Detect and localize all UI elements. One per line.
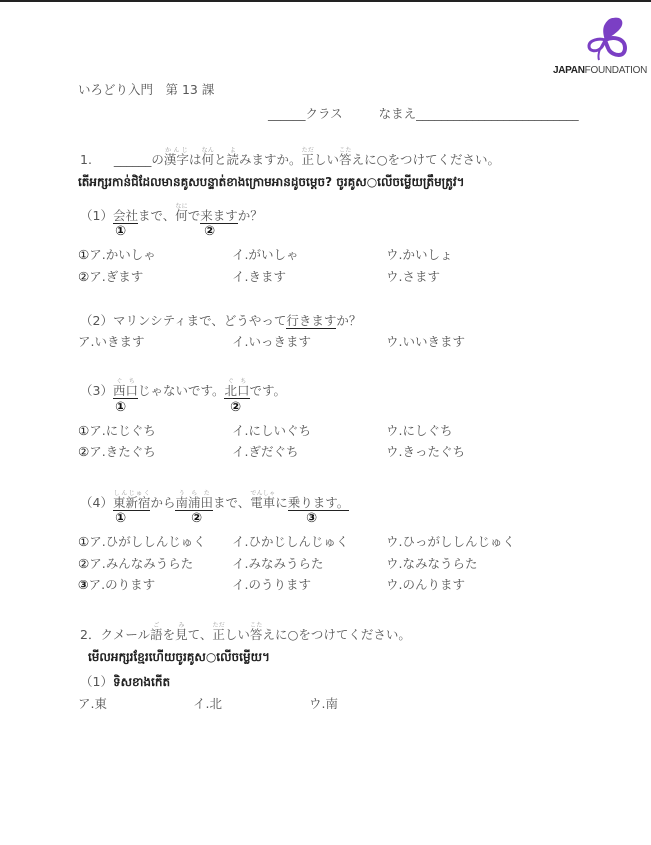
q1-row-2: ②ア.ぎます — [78, 267, 143, 285]
option[interactable]: イ.いっきます — [232, 332, 311, 350]
option[interactable]: ウ.のんります — [386, 575, 465, 593]
option[interactable]: ア.にじぐち — [89, 423, 155, 438]
section2-khmer-instruction: មើលអក្សរខ្មែរហើយចូរគូស○លើចម្លើយ។ — [88, 649, 270, 667]
section1-khmer-instruction: តើអក្សរកាន់ជិដែលមានគូសបន្ទាត់ខាងក្រោមអាន… — [78, 174, 465, 192]
option[interactable]: イ.きます — [232, 267, 286, 285]
s2-q1-question: （1）ទិសខាងកើត — [80, 672, 170, 692]
logo-text: JAPANFOUNDATION — [553, 65, 647, 76]
option[interactable]: ア.ぎます — [89, 269, 143, 284]
option[interactable]: ウ.さます — [386, 267, 440, 285]
q4-row-3: ③ア.のります — [78, 575, 155, 593]
q3-row-2: ②ア.きたぐち — [78, 442, 156, 460]
q1-question: （1）会社まで、何なにで来ますか？ — [80, 203, 263, 224]
butterfly-icon — [583, 16, 629, 62]
option[interactable]: ア.ひがししんじゅく — [89, 534, 205, 549]
option[interactable]: イ.みなみうらた — [232, 554, 323, 572]
q3-mark-2: ② — [230, 400, 241, 415]
q3-row-1: ①ア.にじぐち — [78, 421, 156, 439]
q4-mark-3: ③ — [306, 511, 317, 526]
q4-mark-2: ② — [191, 511, 202, 526]
option[interactable]: イ.ぎだぐち — [232, 442, 298, 460]
top-border — [0, 0, 651, 2]
option[interactable]: イ.北 — [193, 694, 222, 712]
q2-question: （2）マリンシティまで、どうやって行きますか？ — [80, 311, 361, 329]
option[interactable]: ア.きたぐち — [89, 444, 155, 459]
option[interactable]: ウ.ひっがししんじゅく — [386, 532, 515, 550]
name-blank[interactable]: __________________________ — [416, 106, 579, 121]
class-name-line: ______クラス なまえ__________________________ — [268, 104, 579, 122]
section1-instruction: 1. ______の漢字かんじは何なんと読よみますか。正ただしい答こたえに○をつ… — [80, 147, 500, 168]
q1-mark-1: ① — [115, 224, 126, 239]
option[interactable]: ア.みんなみうらた — [89, 556, 193, 571]
option[interactable]: ア.のります — [89, 577, 155, 592]
q4-row-2: ②ア.みんなみうらた — [78, 554, 193, 572]
class-blank[interactable]: ______ — [268, 106, 306, 121]
option[interactable]: イ.がいしゃ — [232, 245, 298, 263]
lesson-title: いろどり入門 第 13 課 — [78, 80, 214, 98]
option[interactable]: ア.東 — [78, 694, 107, 712]
option[interactable]: ウ.なみなうらた — [386, 554, 477, 572]
option[interactable]: ウ.南 — [309, 694, 338, 712]
option[interactable]: ウ.かいしょ — [386, 245, 452, 263]
q1-mark-2: ② — [204, 224, 215, 239]
q3-question: （3）西口ぐちじゃないです。北口ぐちです。 — [80, 378, 286, 399]
japan-foundation-logo — [583, 16, 629, 66]
option[interactable]: ア.かいしゃ — [89, 247, 155, 262]
option[interactable]: ウ.にしぐち — [386, 421, 452, 439]
q1-row-1: ①ア.かいしゃ — [78, 245, 156, 263]
option[interactable]: イ.ひかじしんじゅく — [232, 532, 348, 550]
q4-mark-1: ① — [115, 511, 126, 526]
option[interactable]: ア.いきます — [78, 332, 144, 350]
option[interactable]: イ.のうります — [232, 575, 311, 593]
section2-instruction: 2．クメール語ごを見みて、正ただしい答こたえに○をつけてください。 — [80, 622, 411, 643]
option[interactable]: ウ.いいきます — [386, 332, 465, 350]
option[interactable]: ウ.きったぐち — [386, 442, 465, 460]
q4-row-1: ①ア.ひがししんじゅく — [78, 532, 206, 550]
q4-question: （4）東新宿しんじゅくから南浦田うらたまで、電車でんしゃに乗ります。 — [80, 490, 349, 511]
q3-mark-1: ① — [115, 400, 126, 415]
option[interactable]: イ.にしいぐち — [232, 421, 311, 439]
